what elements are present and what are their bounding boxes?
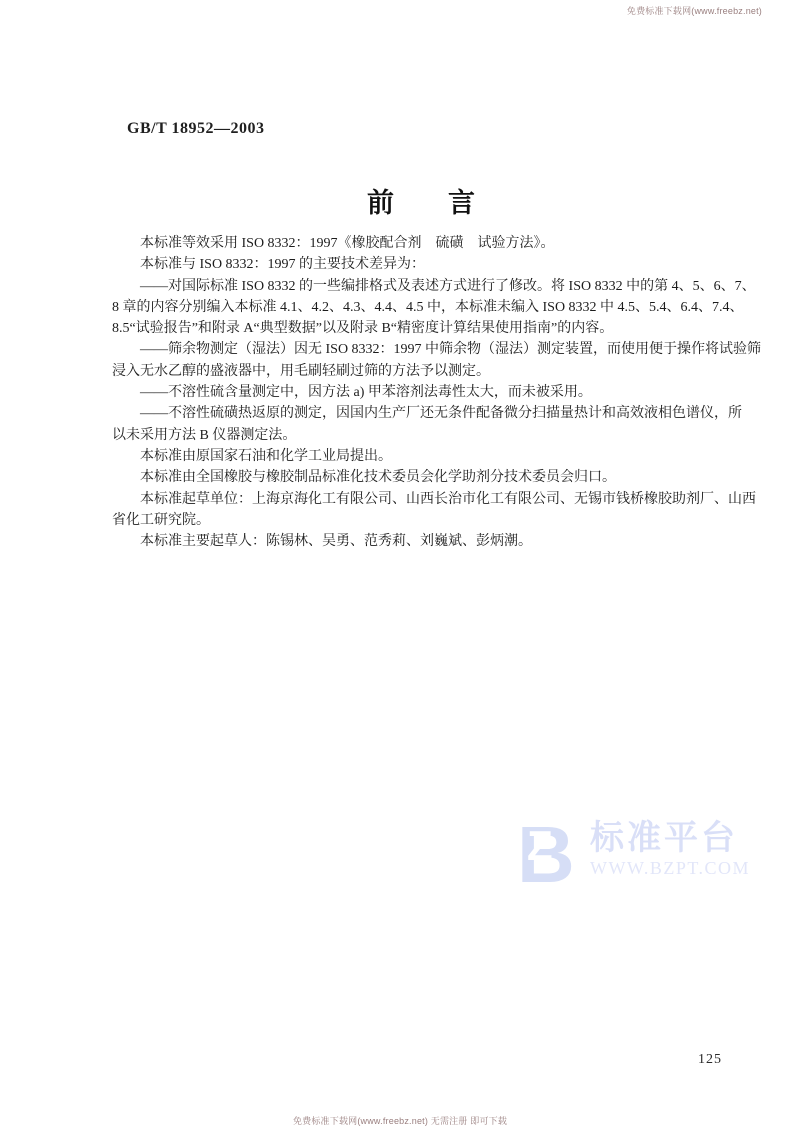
foreword-line: 本标准起草单位：上海京海化工有限公司、山西长治市化工有限公司、无锡市钱桥橡胶助剂…	[112, 489, 698, 510]
foreword-line: ——筛余物测定（湿法）因无 ISO 8332：1997 中筛余物（湿法）测定装置…	[112, 339, 698, 360]
foreword-line: ——不溶性硫磺热返原的测定，因国内生产厂还无条件配备微分扫描量热计和高效液相色谱…	[112, 403, 698, 424]
svg-text:Z: Z	[527, 822, 553, 869]
foreword-line: 省化工研究院。	[112, 510, 698, 531]
foreword-line: 本标准由原国家石油和化学工业局提出。	[112, 446, 698, 467]
document-page: 免费标准下载网(www.freebz.net) GB/T 18952—2003 …	[0, 0, 800, 1134]
page-title: 前 言	[112, 181, 694, 220]
bzpt-logo-icon: B Z	[520, 820, 584, 888]
watermark-text: 标准平台 WWW.BZPT.COM	[590, 820, 750, 878]
bottom-watermark-note: 免费标准下载网(www.freebz.net) 无需注册 即可下载	[0, 1114, 800, 1127]
foreword-lines: 本标准等效采用 ISO 8332：1997《橡胶配合剂 硫磺 试验方法》。本标准…	[112, 233, 698, 552]
foreword-line: 8 章的内容分别编入本标准 4.1、4.2、4.3、4.4、4.5 中，本标准未…	[112, 297, 698, 318]
top-right-watermark-note: 免费标准下载网(www.freebz.net)	[627, 4, 762, 17]
foreword-line: 以未采用方法 B 仪器测定法。	[112, 425, 698, 446]
foreword-line: 本标准由全国橡胶与橡胶制品标准化技术委员会化学助剂分技术委员会归口。	[112, 467, 698, 488]
page-number: 125	[698, 1052, 722, 1068]
standard-code: GB/T 18952—2003	[127, 120, 264, 138]
foreword-line: ——对国际标准 ISO 8332 的一些编排格式及表述方式进行了修改。将 ISO…	[112, 276, 698, 297]
watermark: B Z 标准平台 WWW.BZPT.COM	[520, 820, 750, 888]
watermark-url: WWW.BZPT.COM	[590, 858, 750, 878]
foreword-line: 本标准等效采用 ISO 8332：1997《橡胶配合剂 硫磺 试验方法》。	[112, 233, 698, 254]
foreword-line: 浸入无水乙醇的盛液器中，用毛刷轻刷过筛的方法予以测定。	[112, 361, 698, 382]
foreword-line: 本标准与 ISO 8332：1997 的主要技术差异为：	[112, 254, 698, 275]
foreword-line: 本标准主要起草人：陈锡林、吴勇、范秀莉、刘巍斌、彭炳潮。	[112, 531, 698, 552]
foreword-line: ——不溶性硫含量测定中，因方法 a) 甲苯溶剂法毒性太大，而未被采用。	[112, 382, 698, 403]
watermark-name: 标准平台	[590, 820, 750, 856]
foreword-line: 8.5“试验报告”和附录 A“典型数据”以及附录 B“精密度计算结果使用指南”的…	[112, 318, 698, 339]
